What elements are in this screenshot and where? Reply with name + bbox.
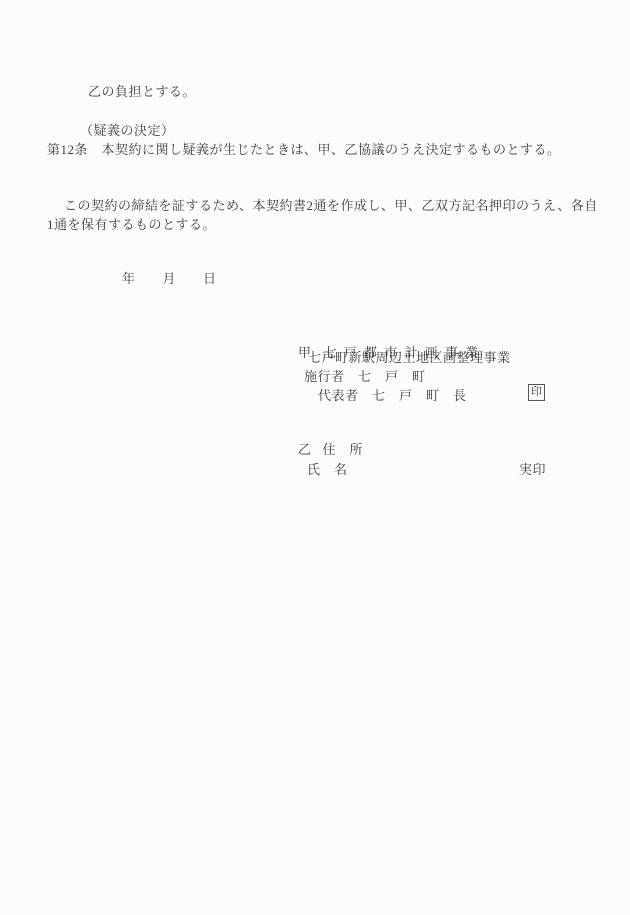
closing-sentence-line-1: この契約の締結を証するため、本契約書2通を作成し、甲、乙双方記名押印のうえ、各自 [64, 198, 598, 213]
seal-mark-glyph: 印 [531, 386, 542, 398]
registered-seal-note: 実印 [519, 462, 546, 477]
dispute-decision-heading: （疑義の決定） [80, 123, 175, 138]
name-label: 氏 名 [307, 462, 348, 477]
article-12-text: 第12条 本契約に関し疑義が生じたときは、甲、乙協議のうえ決定するものとする。 [47, 142, 561, 157]
contract-document-page: 乙の負担とする。 （疑義の決定） 第12条 本契約に関し疑義が生じたときは、甲、… [0, 0, 630, 915]
address-label: 住 所 [323, 442, 364, 457]
executor-line: 施行者 七 戸 町 [304, 369, 426, 384]
seal-placeholder-box: 印 [528, 384, 545, 401]
burden-clause-text: 乙の負担とする。 [88, 84, 196, 99]
date-blank-line: 年 月 日 [122, 271, 217, 286]
closing-sentence-line-2: 1通を保有するものとする。 [47, 217, 216, 232]
project-subtitle-line: 七戸町新駅周辺土地区画整理事業 [308, 350, 511, 365]
party-otsu-label: 乙 [298, 442, 312, 457]
representative-line: 代表者 七 戸 町 長 [318, 388, 467, 403]
